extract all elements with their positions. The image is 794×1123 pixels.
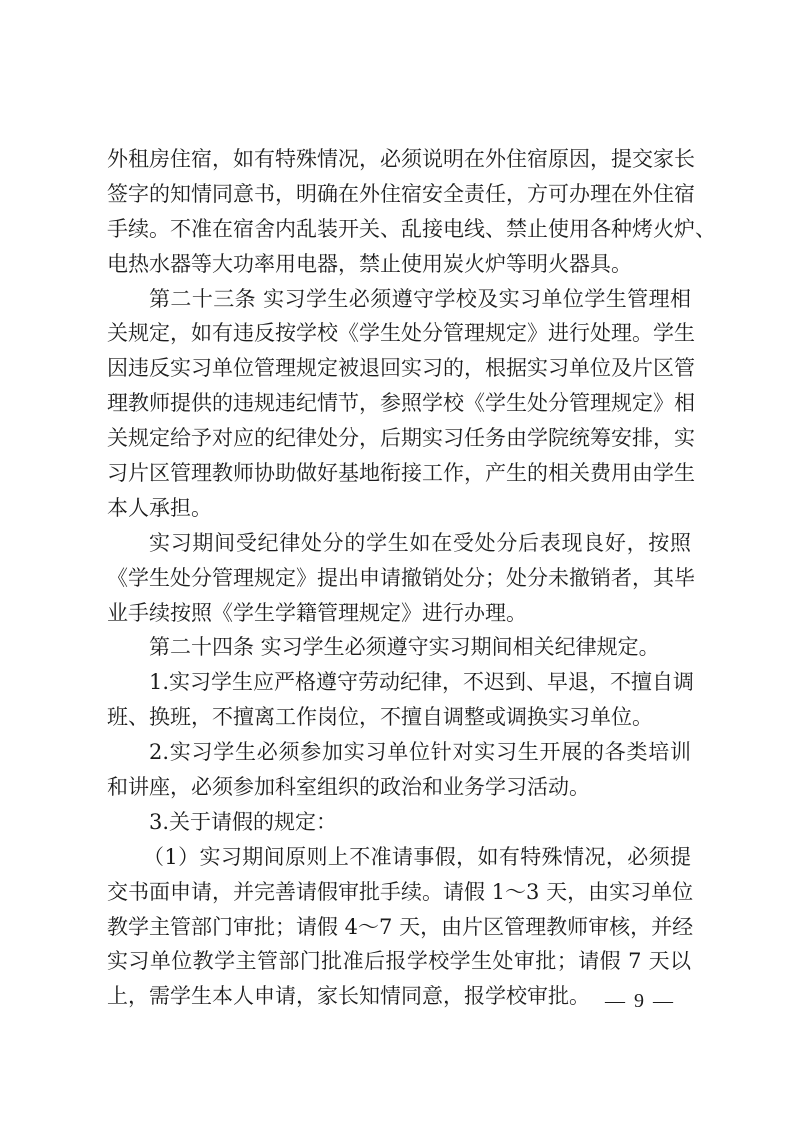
text-line: 本人承担。 <box>107 491 691 526</box>
text-line: 第二十三条 实习学生必须遵守学校及实习单位学生管理相 <box>107 282 691 317</box>
text-line: 实习单位教学主管部门批准后报学校学生处审批；请假 7 天以 <box>107 944 691 979</box>
text-line: 1.实习学生应严格遵守劳动纪律，不迟到、早退，不擅自调 <box>107 665 691 700</box>
text-line: 班、换班，不擅离工作岗位，不擅自调整或调换实习单位。 <box>107 700 691 735</box>
text-line: 因违反实习单位管理规定被退回实习的，根据实习单位及片区管 <box>107 351 691 386</box>
text-line: 教学主管部门审批；请假 4～7 天，由片区管理教师审核，并经 <box>107 910 691 945</box>
document-body: 外租房住宿，如有特殊情况，必须说明在外住宿原因，提交家长签字的知情同意书，明确在… <box>107 142 691 1014</box>
text-line: 2.实习学生必须参加实习单位针对实习生开展的各类培训 <box>107 735 691 770</box>
text-line: 签字的知情同意书，明确在外住宿安全责任，方可办理在外住宿 <box>107 177 691 212</box>
text-line: 《学生处分管理规定》提出申请撤销处分；处分未撤销者，其毕 <box>107 561 691 596</box>
text-line: 交书面申请，并完善请假审批手续。请假 1～3 天，由实习单位 <box>107 875 691 910</box>
text-line: 实习期间受纪律处分的学生如在受处分后表现良好，按照 <box>107 526 691 561</box>
text-line: （1）实习期间原则上不准请事假，如有特殊情况，必须提 <box>107 840 691 875</box>
document-page: 外租房住宿，如有特殊情况，必须说明在外住宿原因，提交家长签字的知情同意书，明确在… <box>0 0 794 1123</box>
text-line: 业手续按照《学生学籍管理规定》进行办理。 <box>107 596 691 631</box>
text-line: 关规定，如有违反按学校《学生处分管理规定》进行处理。学生 <box>107 316 691 351</box>
text-line: 第二十四条 实习学生必须遵守实习期间相关纪律规定。 <box>107 630 691 665</box>
text-line: 理教师提供的违规违纪情节，参照学校《学生处分管理规定》相 <box>107 386 691 421</box>
text-line: 外租房住宿，如有特殊情况，必须说明在外住宿原因，提交家长 <box>107 142 691 177</box>
page-number: — 9 — <box>600 990 680 1013</box>
text-line: 习片区管理教师协助做好基地衔接工作，产生的相关费用由学生 <box>107 456 691 491</box>
text-line: 手续。不准在宿舍内乱装开关、乱接电线、禁止使用各种烤火炉、 <box>107 212 691 247</box>
text-line: 3.关于请假的规定： <box>107 805 691 840</box>
text-line: 和讲座，必须参加科室组织的政治和业务学习活动。 <box>107 770 691 805</box>
text-line: 电热水器等大功率用电器，禁止使用炭火炉等明火器具。 <box>107 247 691 282</box>
text-line: 关规定给予对应的纪律处分，后期实习任务由学院统筹安排，实 <box>107 421 691 456</box>
